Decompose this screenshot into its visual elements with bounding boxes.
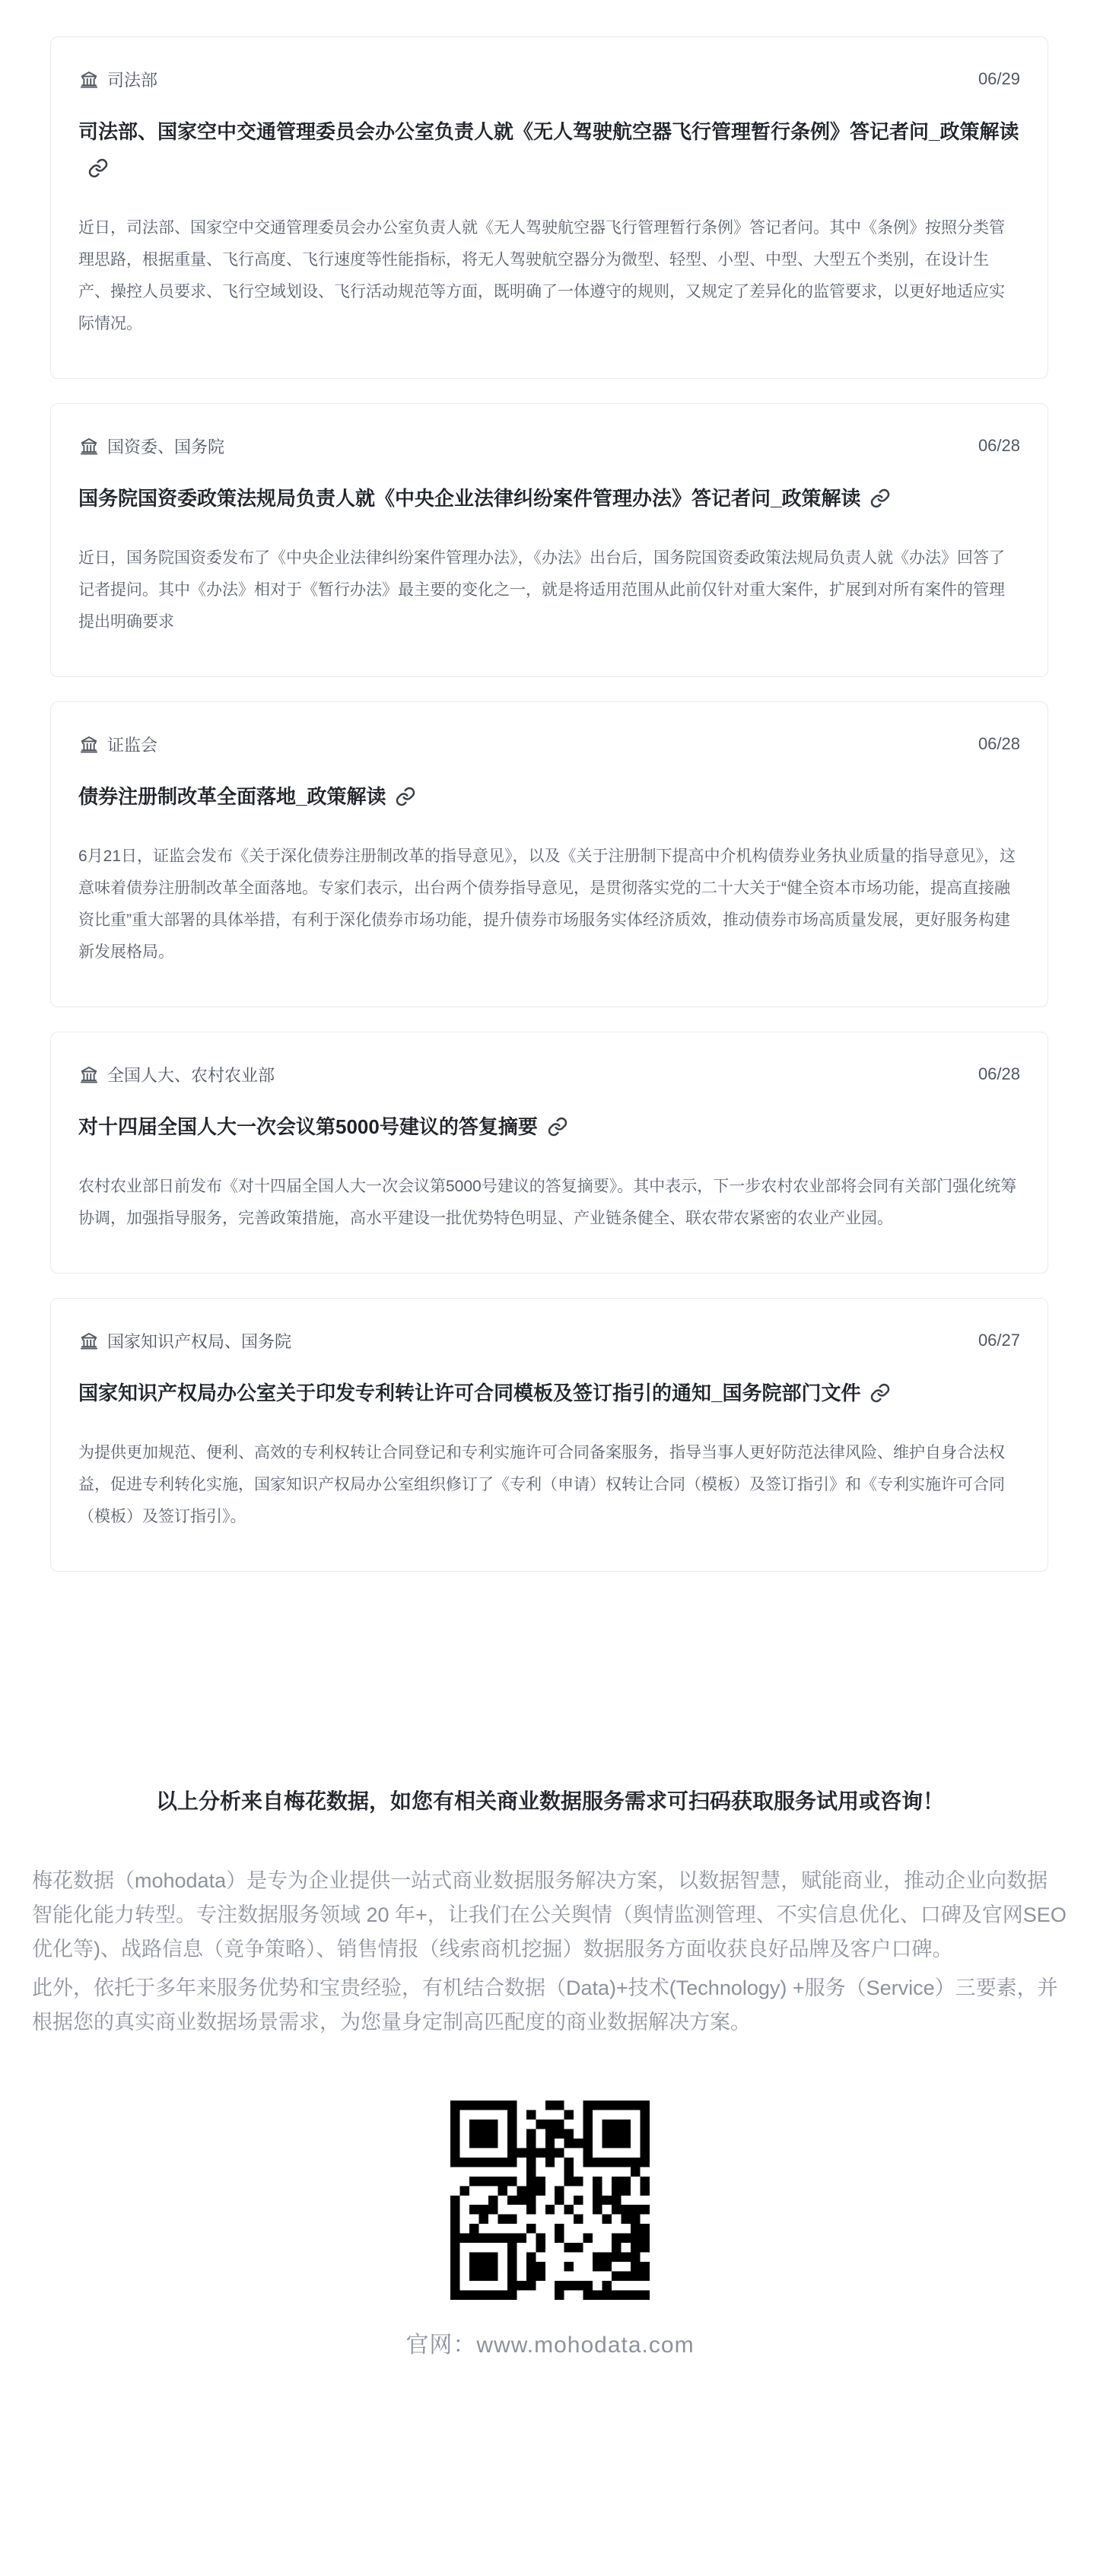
- date-label: 06/29: [978, 69, 1020, 89]
- bank-icon: [78, 733, 100, 755]
- card-title-link[interactable]: 国务院国资委政策法规局负责人就《中央企业法律纠纷案件管理办法》答记者问_政策解读: [78, 480, 1020, 517]
- card-header: 司法部 06/29: [78, 68, 1020, 91]
- card-header: 证监会 06/28: [78, 733, 1020, 755]
- card-title-link[interactable]: 对十四届全国人大一次会议第5000号建议的答复摘要: [78, 1108, 1020, 1145]
- footer-headline: 以上分析来自梅花数据，如您有相关商业数据服务需求可扫码获取服务试用或咨询！: [0, 1785, 1100, 1815]
- date-label: 06/28: [978, 734, 1020, 754]
- qr-code: [450, 2101, 650, 2300]
- footer-paragraph-2: 此外，依托于多年来服务优势和宝贵经验，有机结合数据（Data)+技术(Techn…: [32, 1971, 1068, 2040]
- source-label: 国资委、国务院: [107, 434, 978, 458]
- policy-card-list: 司法部 06/29 司法部、国家空中交通管理委员会办公室负责人就《无人驾驶航空器…: [50, 37, 1048, 1572]
- policy-digest-page: 司法部 06/29 司法部、国家空中交通管理委员会办公室负责人就《无人驾驶航空器…: [0, 0, 1100, 2435]
- source-label: 全国人大、农村农业部: [107, 1063, 978, 1086]
- link-icon[interactable]: [870, 1382, 891, 1404]
- policy-card: 司法部 06/29 司法部、国家空中交通管理委员会办公室负责人就《无人驾驶航空器…: [50, 37, 1048, 379]
- card-title-link[interactable]: 国家知识产权局办公室关于印发专利转让许可合同模板及签订指引的通知_国务院部门文件: [78, 1375, 1020, 1411]
- card-title-link[interactable]: 债券注册制改革全面落地_政策解读: [78, 778, 1020, 815]
- policy-card: 国家知识产权局、国务院 06/27 国家知识产权局办公室关于印发专利转让许可合同…: [50, 1298, 1048, 1572]
- link-icon[interactable]: [870, 488, 891, 509]
- bank-icon: [78, 1330, 100, 1351]
- source-label: 国家知识产权局、国务院: [107, 1329, 978, 1353]
- bank-icon: [78, 68, 100, 90]
- source-label: 证监会: [107, 733, 978, 756]
- link-icon[interactable]: [87, 157, 109, 179]
- date-label: 06/28: [978, 436, 1020, 456]
- card-summary: 近日，司法部、国家空中交通管理委员会办公室负责人就《无人驾驶航空器飞行管理暂行条…: [78, 212, 1020, 340]
- footer-about: 梅花数据（mohodata）是专为企业提供一站式商业数据服务解决方案，以数据智慧…: [32, 1864, 1068, 2040]
- card-header: 全国人大、农村农业部 06/28: [78, 1063, 1020, 1086]
- card-summary: 6月21日，证监会发布《关于深化债券注册制改革的指导意见》，以及《关于注册制下提…: [78, 841, 1020, 968]
- bank-icon: [78, 435, 100, 456]
- qr-wrap: [0, 2101, 1100, 2300]
- link-icon[interactable]: [395, 786, 416, 807]
- bank-icon: [78, 1064, 100, 1085]
- card-summary: 近日，国务院国资委发布了《中央企业法律纠纷案件管理办法》，《办法》出台后，国务院…: [78, 542, 1020, 638]
- website-label: 官网：www.mohodata.com: [0, 2326, 1100, 2435]
- policy-card: 证监会 06/28 债券注册制改革全面落地_政策解读 6月21日，证监会发布《关…: [50, 701, 1048, 1007]
- card-header: 国资委、国务院 06/28: [78, 434, 1020, 457]
- date-label: 06/27: [978, 1331, 1020, 1350]
- link-icon[interactable]: [547, 1116, 568, 1137]
- policy-card: 全国人大、农村农业部 06/28 对十四届全国人大一次会议第5000号建议的答复…: [50, 1032, 1048, 1274]
- footer-paragraph-1: 梅花数据（mohodata）是专为企业提供一站式商业数据服务解决方案，以数据智慧…: [32, 1864, 1068, 1967]
- card-title-link[interactable]: 司法部、国家空中交通管理委员会办公室负责人就《无人驾驶航空器飞行管理暂行条例》答…: [78, 113, 1020, 186]
- source-label: 司法部: [107, 68, 978, 91]
- date-label: 06/28: [978, 1064, 1020, 1084]
- policy-card: 国资委、国务院 06/28 国务院国资委政策法规局负责人就《中央企业法律纠纷案件…: [50, 403, 1048, 677]
- card-summary: 为提供更加规范、便利、高效的专利权转让合同登记和专利实施许可合同备案服务，指导当…: [78, 1437, 1020, 1533]
- card-summary: 农村农业部日前发布《对十四届全国人大一次会议第5000号建议的答复摘要》。其中表…: [78, 1171, 1020, 1235]
- card-header: 国家知识产权局、国务院 06/27: [78, 1329, 1020, 1352]
